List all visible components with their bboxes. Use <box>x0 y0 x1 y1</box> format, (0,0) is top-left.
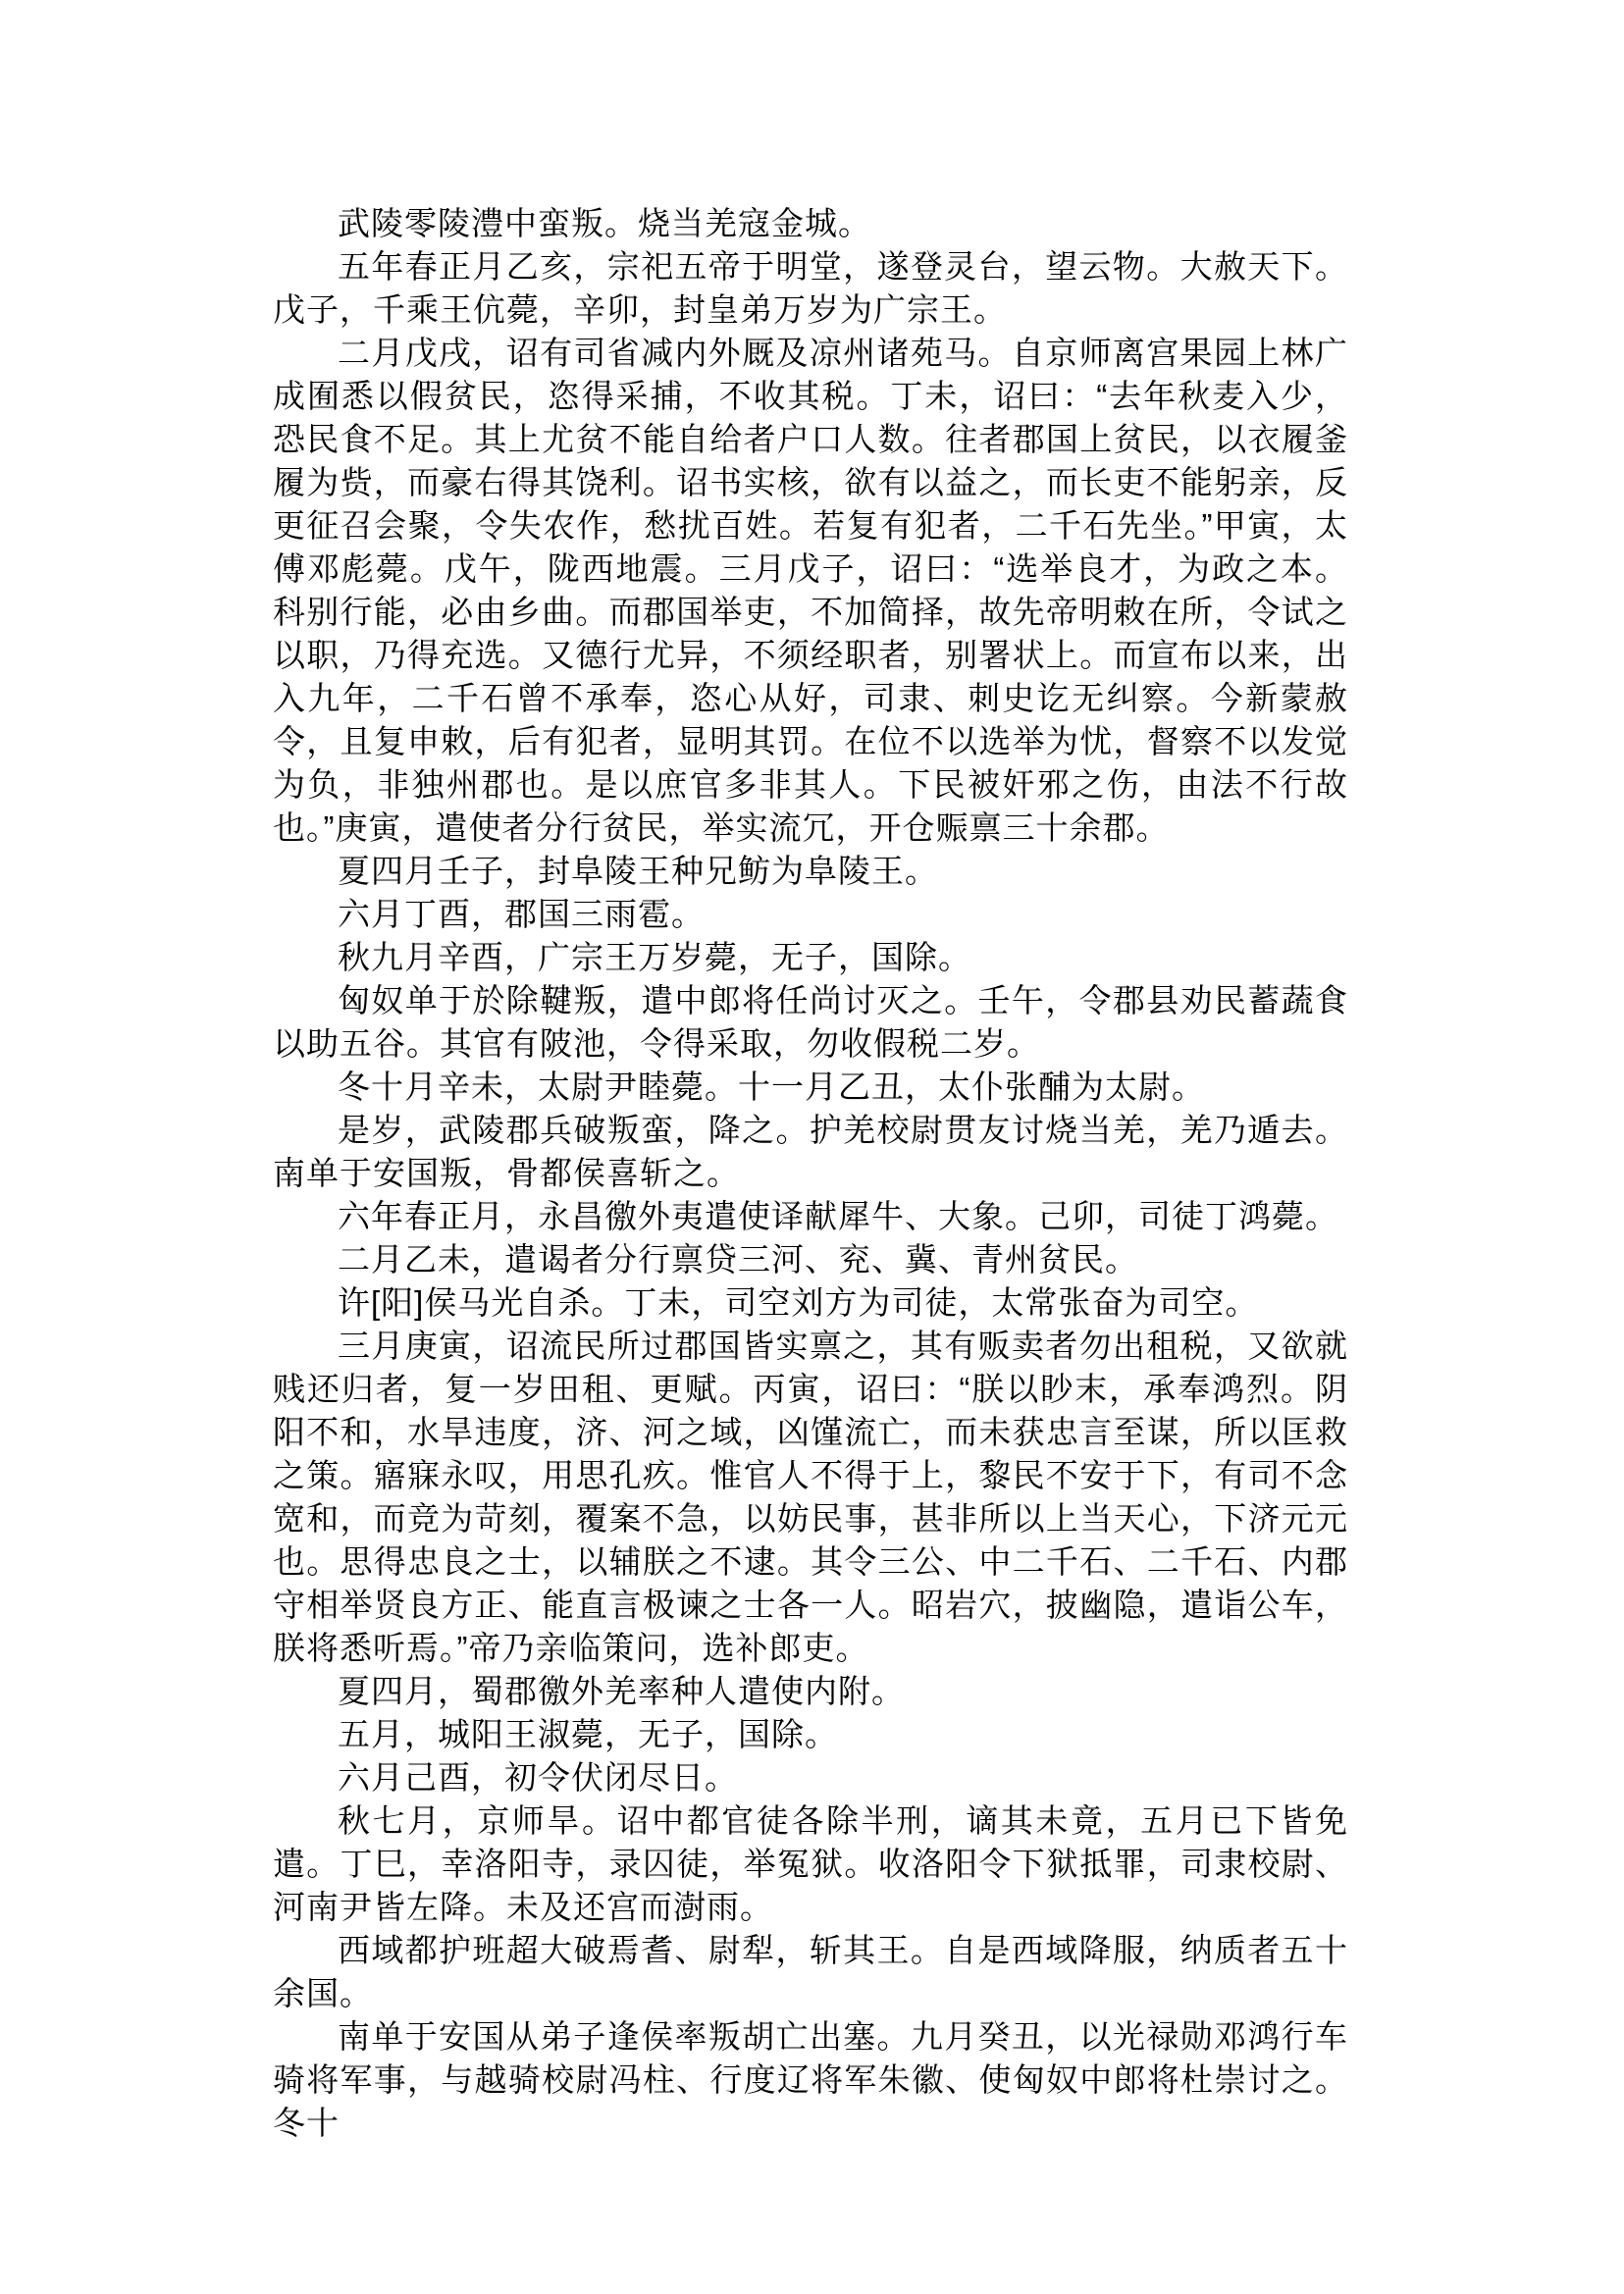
paragraph: 南单于安国从弟子逢侯率叛胡亡出塞。九月癸丑，以光禄勋邓鸿行车骑将军事，与越骑校尉… <box>273 2015 1348 2145</box>
paragraph: 秋七月，京师旱。诏中都官徒各除半刑，谪其未竟，五月已下皆免遣。丁巳，幸洛阳寺，录… <box>273 1799 1348 1929</box>
paragraph: 夏四月壬子，封阜陵王种兄鲂为阜陵王。 <box>273 850 1348 893</box>
paragraph: 是岁，武陵郡兵破叛蛮，降之。护羌校尉贯友讨烧当羌，羌乃遁去。南单于安国叛，骨都侯… <box>273 1109 1348 1195</box>
paragraph: 许[阳]侯马光自杀。丁未，司空刘方为司徒，太常张奋为司空。 <box>273 1281 1348 1325</box>
paragraph: 六年春正月，永昌徼外夷遣使译献犀牛、大象。己卯，司徒丁鸿薨。 <box>273 1195 1348 1238</box>
paragraph: 六月己酉，初令伏闭尽日。 <box>273 1756 1348 1799</box>
paragraph: 武陵零陵澧中蛮叛。烧当羌寇金城。 <box>273 202 1348 245</box>
paragraph: 夏四月，蜀郡徼外羌率种人遣使内附。 <box>273 1670 1348 1713</box>
paragraph: 秋九月辛酉，广宗王万岁薨，无子，国除。 <box>273 936 1348 979</box>
document-page: 武陵零陵澧中蛮叛。烧当羌寇金城。五年春正月乙亥，宗祀五帝于明堂，遂登灵台，望云物… <box>0 0 1624 2294</box>
paragraph: 二月戊戌，诏有司省减内外厩及凉州诸苑马。自京师离宫果园上林广成囿悉以假贫民，恣得… <box>273 332 1348 850</box>
paragraph: 三月庚寅，诏流民所过郡国皆实禀之，其有贩卖者勿出租税，又欲就贱还归者，复一岁田租… <box>273 1325 1348 1670</box>
paragraph: 冬十月辛未，太尉尹睦薨。十一月乙丑，太仆张酺为太尉。 <box>273 1066 1348 1109</box>
paragraph: 西域都护班超大破焉耆、尉犁，斩其王。自是西域降服，纳质者五十余国。 <box>273 1929 1348 2015</box>
paragraph: 五年春正月乙亥，宗祀五帝于明堂，遂登灵台，望云物。大赦天下。戊子，千乘王伉薨，辛… <box>273 245 1348 332</box>
paragraph: 匈奴单于於除鞬叛，遣中郎将任尚讨灭之。壬午，令郡县劝民蓄蔬食以助五谷。其官有陂池… <box>273 979 1348 1066</box>
paragraph: 五月，城阳王淑薨，无子，国除。 <box>273 1713 1348 1756</box>
document-text-block: 武陵零陵澧中蛮叛。烧当羌寇金城。五年春正月乙亥，宗祀五帝于明堂，遂登灵台，望云物… <box>273 202 1348 2145</box>
paragraph: 六月丁酉，郡国三雨雹。 <box>273 893 1348 936</box>
paragraph: 二月乙未，遣谒者分行禀贷三河、兖、冀、青州贫民。 <box>273 1238 1348 1281</box>
